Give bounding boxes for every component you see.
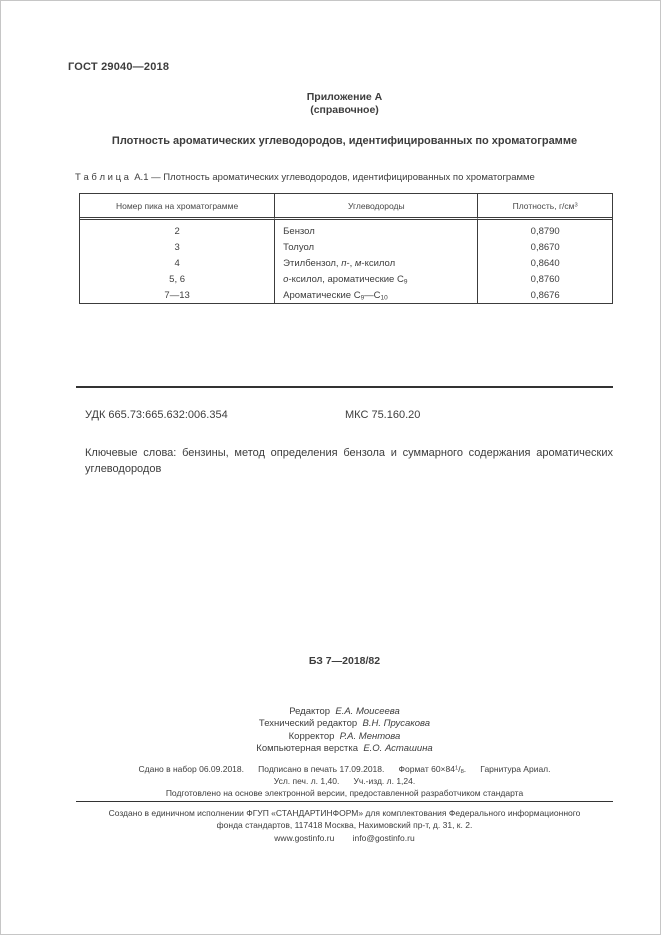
density-cell: 0,8670: [477, 239, 612, 255]
publisher-line-2: фонда стандартов, 117418 Москва, Нахимов…: [76, 819, 613, 831]
document-page: ГОСТ 29040—2018 Приложение А (справочное…: [0, 0, 661, 935]
credit-name: Р.А. Ментова: [340, 731, 401, 742]
credit-role: Компьютерная верстка: [256, 743, 363, 754]
keywords-block: Ключевые слова: бензины, метод определен…: [85, 445, 613, 477]
table-caption-text: — Плотность ароматических углеводородов,…: [151, 172, 535, 183]
keywords-line-2: углеводородов: [85, 461, 613, 477]
credit-line: Технический редактор В.Н. Прусакова: [76, 718, 613, 730]
hydrocarbon-cell: Бензол: [274, 220, 477, 239]
imprint-block: Сдано в набор 06.09.2018. Подписано в пе…: [76, 763, 613, 799]
credit-role: Редактор: [289, 706, 335, 717]
table-caption-label: Т а б л и ц а А.1: [75, 172, 148, 183]
publisher-website: www.gostinfo.ru: [274, 832, 334, 844]
mks-code: МКС 75.160.20: [345, 409, 420, 421]
hydrocarbon-cell: Ароматические С9—С10: [274, 287, 477, 303]
hydrocarbon-cell: Этилбензол, п-, м-ксилол: [274, 255, 477, 271]
publisher-email: info@gostinfo.ru: [353, 832, 415, 844]
annex-name: Приложение А: [76, 91, 613, 104]
hydrocarbon-cell: Толуол: [274, 239, 477, 255]
table-row: 7—13Ароматические С9—С100,8676: [80, 287, 612, 303]
table-caption: Т а б л и ц а А.1 — Плотность ароматичес…: [75, 172, 612, 183]
peak-number-cell: 7—13: [80, 287, 274, 303]
col-header-density: Плотность, г/см3: [477, 194, 612, 220]
imprint-line-2: Усл. печ. л. 1,40. Уч.-изд. л. 1,24.: [76, 775, 613, 787]
table-row: 5, 6о-ксилол, ароматические С90,8760: [80, 271, 612, 287]
table-row: 2Бензол0,8790: [80, 220, 612, 239]
peak-number-cell: 3: [80, 239, 274, 255]
publisher-block: Создано в единичном исполнении ФГУП «СТА…: [76, 807, 613, 844]
table-row: 3Толуол0,8670: [80, 239, 612, 255]
section-divider-bottom: [76, 801, 613, 802]
density-cell: 0,8760: [477, 271, 612, 287]
imprint-line-3: Подготовлено на основе электронной верси…: [76, 787, 613, 799]
credit-name: Е.О. Асташина: [363, 743, 432, 754]
publisher-contacts: www.gostinfo.ru info@gostinfo.ru: [76, 832, 613, 844]
credit-role: Корректор: [289, 731, 340, 742]
imprint-line-1: Сдано в набор 06.09.2018. Подписано в пе…: [76, 763, 613, 775]
credit-line: Компьютерная верстка Е.О. Асташина: [76, 743, 613, 755]
credit-name: Е.А. Моисеева: [335, 706, 399, 717]
hydrocarbon-cell: о-ксилол, ароматические С9: [274, 271, 477, 287]
credit-line: Корректор Р.А. Ментова: [76, 731, 613, 743]
peak-number-cell: 2: [80, 220, 274, 239]
table-body: 2Бензол0,87903Толуол0,86704Этилбензол, п…: [80, 220, 612, 303]
publisher-line-1: Создано в единичном исполнении ФГУП «СТА…: [76, 807, 613, 819]
udk-code: УДК 665.73:665.632:006.354: [85, 409, 228, 421]
doc-code: ГОСТ 29040—2018: [68, 61, 169, 73]
density-cell: 0,8640: [477, 255, 612, 271]
credit-name: В.Н. Прусакова: [363, 718, 431, 729]
density-cell: 0,8790: [477, 220, 612, 239]
annex-type: (справочное): [76, 104, 613, 117]
table-row: 4Этилбензол, п-, м-ксилол0,8640: [80, 255, 612, 271]
peak-number-cell: 5, 6: [80, 271, 274, 287]
col-header-peak-number: Номер пика на хроматограмме: [80, 194, 274, 220]
annex-heading: Приложение А (справочное): [76, 91, 613, 117]
credit-role: Технический редактор: [259, 718, 363, 729]
credits-block: Редактор Е.А. МоисееваТехнический редакт…: [76, 706, 613, 755]
density-table: Номер пика на хроматограмме Углеводороды…: [79, 193, 613, 304]
keywords-line-1: Ключевые слова: бензины, метод определен…: [85, 445, 613, 461]
section-divider-top: [76, 386, 613, 388]
credit-line: Редактор Е.А. Моисеева: [76, 706, 613, 718]
page-title: Плотность ароматических углеводородов, и…: [76, 135, 613, 147]
peak-number-cell: 4: [80, 255, 274, 271]
table-header-row: Номер пика на хроматограмме Углеводороды…: [80, 194, 612, 220]
bz-code: БЗ 7—2018/82: [76, 655, 613, 667]
density-cell: 0,8676: [477, 287, 612, 303]
col-header-hydrocarbons: Углеводороды: [274, 194, 477, 220]
